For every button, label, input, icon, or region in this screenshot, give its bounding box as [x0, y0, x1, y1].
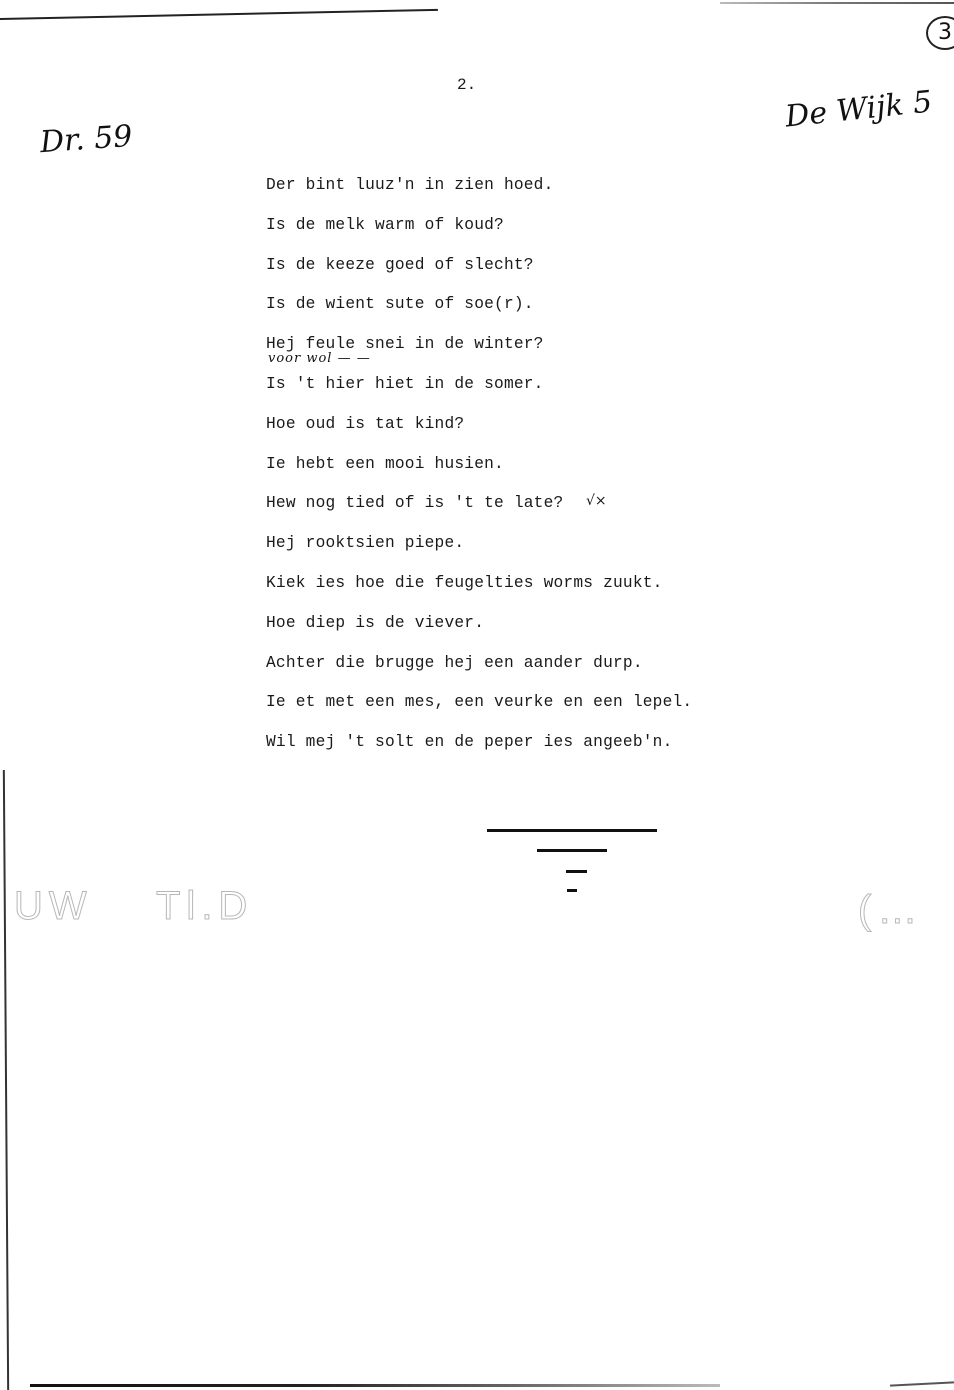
typed-line: Is de keeze goed of slecht? — [266, 255, 692, 295]
scan-edge-left — [3, 770, 9, 1390]
typed-line: Is de wient sute of soe(r). — [266, 294, 692, 334]
circled-sheet-number: 3 — [926, 16, 954, 50]
scan-edge-bottom-right — [890, 1381, 954, 1386]
document-page: 3 2. Dr. 59 De Wijk 5 voor wol — — √× De… — [0, 0, 954, 1390]
typed-line: Wil mej 't solt en de peper ies angeeb'n… — [266, 732, 692, 772]
typed-line: Is de melk warm of koud? — [266, 215, 692, 255]
typed-sentence-list: Der bint luuz'n in zien hoed. Is de melk… — [266, 175, 692, 772]
typed-line: Kiek ies hoe die feugelties worms zuukt. — [266, 573, 692, 613]
typed-line: Der bint luuz'n in zien hoed. — [266, 175, 692, 215]
typed-line: Hoe oud is tat kind? — [266, 414, 692, 454]
page-number: 2. — [457, 76, 476, 94]
typed-line: Hew nog tied of is 't te late? — [266, 493, 692, 533]
handwritten-reference: Dr. 59 — [39, 119, 134, 160]
scan-edge-top — [0, 9, 438, 20]
end-rule-divider — [487, 829, 657, 832]
typed-line: Hej feule snei in de winter? — [266, 334, 692, 374]
typed-line: Achter die brugge hej een aander durp. — [266, 653, 692, 693]
typed-line: Ie hebt een mooi husien. — [266, 454, 692, 494]
typed-line: Is 't hier hiet in de somer. — [266, 374, 692, 414]
typed-line: Hej rooktsien piepe. — [266, 533, 692, 573]
typed-line: Hoe diep is de viever. — [266, 613, 692, 653]
end-rule-divider — [567, 889, 577, 892]
scan-edge-bottom — [30, 1384, 720, 1387]
end-rule-divider — [566, 870, 587, 873]
bleed-through-text: UW — [14, 884, 93, 929]
bleed-through-text: (… — [858, 888, 923, 933]
bleed-through-text: Tl.D — [156, 884, 253, 929]
scan-edge-top-right — [720, 2, 954, 4]
typed-line: Ie et met een mes, een veurke en een lep… — [266, 692, 692, 732]
handwritten-place-name: De Wijk 5 — [784, 84, 934, 134]
end-rule-divider — [537, 849, 607, 852]
